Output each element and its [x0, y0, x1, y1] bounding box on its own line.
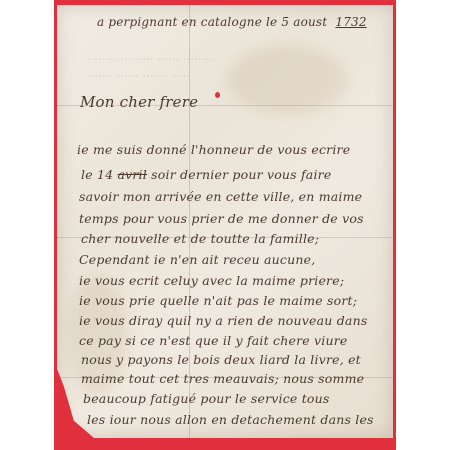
year: 1732: [335, 15, 366, 29]
letter-paper: a perpignant en catalogne le 5 aoust 173…: [57, 5, 393, 438]
salutation: Mon cher frere: [80, 93, 198, 111]
body-line: temps pour vous prier de me donner de vo…: [79, 211, 364, 226]
body-line: ie me suis donné l'honneur de vous ecrir…: [77, 142, 350, 157]
paper-stain: [227, 45, 347, 115]
body-line: ie vous ecrit celuy avec la maime priere…: [79, 273, 344, 288]
bleed-through-text: ........ ......... ...... ........: [87, 50, 213, 63]
dateline: a perpignant en catalogne le 5 aoust 173…: [97, 15, 367, 29]
body-line: nous y payons le bois deux liard la livr…: [81, 352, 361, 367]
body-line: cher nouvelle et de toutte la famille;: [81, 231, 319, 246]
body-line: le 14 avril soir dernier pour vous faire: [81, 167, 331, 182]
body-line: Cependant ie n'en ait receu aucune,: [79, 252, 315, 267]
body-line: ie vous diray quil ny a rien de nouveau …: [79, 313, 367, 328]
place-date: a perpignant en catalogne le 5 aoust: [97, 15, 327, 29]
body-line: les iour nous allon en detachement dans …: [87, 412, 374, 427]
body-line: maime tout cet tres meauvais; nous somme: [81, 371, 364, 386]
body-line: ce pay si ce n'est que il y fait chere v…: [79, 333, 348, 348]
struck-word: avril: [117, 167, 147, 182]
body-line: ie vous prie quelle n'ait pas le maime s…: [79, 293, 357, 308]
bleed-through-text: ....... ...... ....... .....: [87, 67, 191, 80]
body-line: savoir mon arrivée en cette ville, en ma…: [79, 189, 362, 204]
wax-seal-mark: [215, 92, 220, 98]
body-line: beaucoup fatigué pour le service tous: [83, 391, 330, 406]
